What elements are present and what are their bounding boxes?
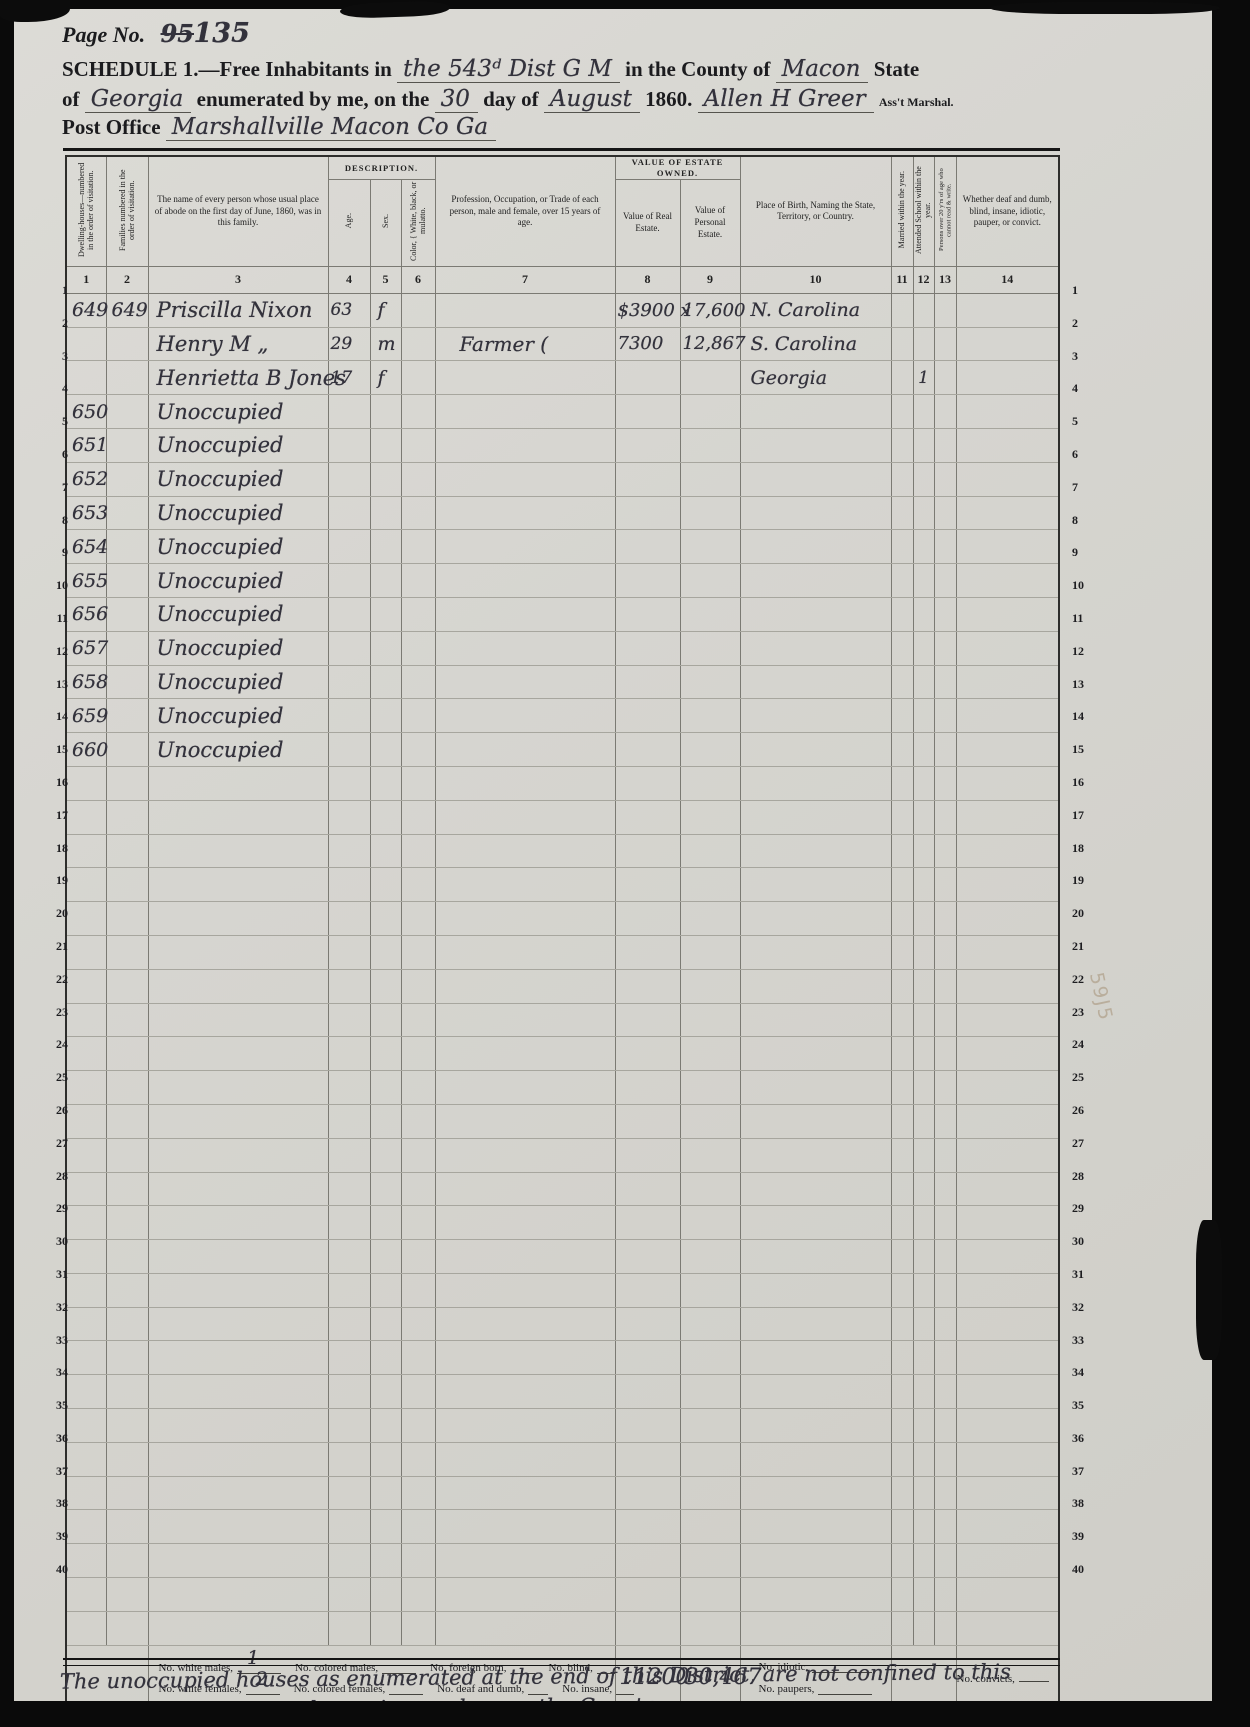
cell-r10-c10 [740,597,891,631]
county-value: Macon [776,56,869,83]
cell-r39-c6 [401,1578,435,1612]
cell-r39-c13 [934,1578,956,1612]
cell-r13-c2 [106,699,148,733]
cell-r2-c2 [106,327,148,361]
table-row: 656Unoccupied [66,597,1059,631]
cell-r13-c4 [328,699,370,733]
cell-r25-c7 [435,1104,615,1138]
cell-r19-c3 [148,902,328,936]
cell-r22-c8 [615,1003,680,1037]
table-row: Henrietta B Jones17fGeorgia1 [66,361,1059,395]
cell-r4-c4 [328,395,370,429]
cell-r22-c10 [740,1003,891,1037]
cell-r20-c7 [435,935,615,969]
cell-r20-c5 [370,935,401,969]
cell-r38-c13 [934,1544,956,1578]
row-number: 1 [1072,281,1102,314]
cell-r6-c4 [328,462,370,496]
cell-r25-c8 [615,1104,680,1138]
table-row: 651Unoccupied [66,428,1059,462]
cell-r35-c8 [615,1442,680,1476]
table-row [66,935,1059,969]
cell-r38-c12 [913,1544,934,1578]
cell-r4-c3: Unoccupied [148,395,328,429]
cell-r40-c12 [913,1611,934,1645]
cell-r39-c12 [913,1578,934,1612]
cell-r30-c8 [615,1273,680,1307]
cell-r35-c1 [66,1442,106,1476]
margin-left-rail: 1234567891011121314151617181920212223242… [38,281,68,1593]
cell-r3-c10: Georgia [740,361,891,395]
cell-r39-c11 [891,1578,913,1612]
cell-r33-c4 [328,1375,370,1409]
cell-r40-c6 [401,1611,435,1645]
cell-r30-c7 [435,1273,615,1307]
cell-r16-c9 [680,800,740,834]
census-table: Dwelling-houses—numbered in the order of… [65,155,1060,1712]
of-label: of [62,87,80,111]
cell-r23-c7 [435,1037,615,1071]
cell-r11-c8 [615,631,680,665]
cell-r16-c6 [401,800,435,834]
cell-r11-c10 [740,631,891,665]
row-number: 37 [1072,1462,1102,1495]
cell-r27-c12 [913,1172,934,1206]
cell-r35-c3 [148,1442,328,1476]
cell-r1-c14 [956,293,1059,327]
cell-r36-c14 [956,1476,1059,1510]
cell-r1-c6 [401,293,435,327]
cell-r14-c12 [913,733,934,767]
cell-r29-c9 [680,1240,740,1274]
column-number-11: 11 [891,266,913,293]
cell-r19-c7 [435,902,615,936]
cell-r35-c4 [328,1442,370,1476]
cell-r31-c2 [106,1307,148,1341]
col-header-real-estate-text: Value of Real Estate. [616,208,680,237]
cell-r32-c12 [913,1341,934,1375]
cell-r20-c10 [740,935,891,969]
cell-r15-c13 [934,766,956,800]
cell-r11-c14 [956,631,1059,665]
table-row [66,969,1059,1003]
cell-r9-c4 [328,564,370,598]
col-header-condition: Whether deaf and dumb, blind, insane, id… [956,156,1059,266]
cell-r26-c1 [66,1138,106,1172]
cell-r33-c5 [370,1375,401,1409]
cell-r15-c14 [956,766,1059,800]
cell-r32-c2 [106,1341,148,1375]
cell-r31-c13 [934,1307,956,1341]
cell-r1-c1: 649 [66,293,106,327]
table-head: Dwelling-houses—numbered in the order of… [66,156,1059,293]
col-header-school: Attended School within the year. [913,156,934,266]
cell-r18-c7 [435,868,615,902]
cell-r8-c5 [370,530,401,564]
cell-r7-c14 [956,496,1059,530]
row-number: 7 [1072,478,1102,511]
cell-r23-c12 [913,1037,934,1071]
cell-r25-c12 [913,1104,934,1138]
col-header-birthplace: Place of Birth, Naming the State, Territ… [740,156,891,266]
cell-r24-c13 [934,1071,956,1105]
cell-r24-c9 [680,1071,740,1105]
cell-r35-c2 [106,1442,148,1476]
cell-r39-c14 [956,1578,1059,1612]
cell-r17-c10 [740,834,891,868]
marshal-signature: Allen H Greer [698,86,874,113]
cell-r12-c2 [106,665,148,699]
county-label: in the County of [625,57,770,81]
cell-r7-c9 [680,496,740,530]
cell-r40-c13 [934,1611,956,1645]
cell-r30-c12 [913,1273,934,1307]
cell-r37-c6 [401,1510,435,1544]
cell-r5-c5 [370,428,401,462]
cell-r26-c2 [106,1138,148,1172]
cell-r22-c12 [913,1003,934,1037]
col-header-color-text: Color, { White, black, or mulatto. [409,180,427,262]
cell-r33-c9 [680,1375,740,1409]
cell-r26-c12 [913,1138,934,1172]
table-row [66,1442,1059,1476]
cell-r17-c9 [680,834,740,868]
cell-r24-c14 [956,1071,1059,1105]
row-number: 17 [1072,806,1102,839]
cell-r15-c12 [913,766,934,800]
cell-r8-c7 [435,530,615,564]
post-office-line: Post Office Marshallville Macon Co Ga [62,114,1182,140]
cell-r36-c13 [934,1476,956,1510]
marshal-title: Ass't Marshal. [879,95,954,109]
cell-r3-c13 [934,361,956,395]
scan-artifact [990,2,1220,14]
schedule-label: SCHEDULE 1.—Free Inhabitants in [62,57,392,81]
cell-r9-c7 [435,564,615,598]
cell-r21-c5 [370,969,401,1003]
cell-r38-c5 [370,1544,401,1578]
cell-r39-c8 [615,1578,680,1612]
cell-r27-c2 [106,1172,148,1206]
cell-r27-c9 [680,1172,740,1206]
cell-r24-c7 [435,1071,615,1105]
cell-r28-c14 [956,1206,1059,1240]
column-number-4: 4 [328,266,370,293]
cell-r29-c3 [148,1240,328,1274]
row-number: 26 [1072,1101,1102,1134]
cell-r16-c10 [740,800,891,834]
cell-r12-c11 [891,665,913,699]
row-number: 2 [38,314,68,347]
row-number: 12 [38,642,68,675]
cell-r33-c2 [106,1375,148,1409]
row-number: 32 [38,1298,68,1331]
cell-r36-c7 [435,1476,615,1510]
cell-r35-c12 [913,1442,934,1476]
cell-r9-c12 [913,564,934,598]
cell-r21-c7 [435,969,615,1003]
cell-r32-c10 [740,1341,891,1375]
cell-r24-c8 [615,1071,680,1105]
cell-r7-c7 [435,496,615,530]
col-header-cannot-read: Persons over 20 y'rs of age who cannot r… [934,156,956,266]
col-header-name: The name of every person whose usual pla… [148,156,328,266]
cell-r21-c13 [934,969,956,1003]
cell-r14-c10 [740,733,891,767]
cell-r35-c13 [934,1442,956,1476]
col-header-married-text: Married within the year. [897,171,906,248]
row-number: 13 [1072,675,1102,708]
cell-r35-c14 [956,1442,1059,1476]
table-row [66,1611,1059,1645]
cell-r18-c13 [934,868,956,902]
cell-r31-c7 [435,1307,615,1341]
cell-r12-c7 [435,665,615,699]
cell-r8-c9 [680,530,740,564]
col-header-personal-estate-text: Value of Personal Estate. [681,202,740,243]
cell-r27-c1 [66,1172,106,1206]
cell-r5-c7 [435,428,615,462]
cell-r2-c5: m [370,327,401,361]
day-value: 30 [435,86,478,113]
cell-r22-c3 [148,1003,328,1037]
cell-r8-c1: 654 [66,530,106,564]
cell-r12-c10 [740,665,891,699]
cell-r18-c9 [680,868,740,902]
cell-r38-c4 [328,1544,370,1578]
cell-r31-c6 [401,1307,435,1341]
cell-r4-c5 [370,395,401,429]
cell-r28-c4 [328,1206,370,1240]
table-row: 652Unoccupied [66,462,1059,496]
cell-r15-c11 [891,766,913,800]
cell-r26-c8 [615,1138,680,1172]
cell-r7-c11 [891,496,913,530]
cell-r17-c1 [66,834,106,868]
cell-r33-c6 [401,1375,435,1409]
cell-r19-c1 [66,902,106,936]
cell-r2-c8: 7300 [615,327,680,361]
page-no-struck: 95 [161,19,194,48]
cell-r11-c6 [401,631,435,665]
cell-r7-c10 [740,496,891,530]
cell-r18-c2 [106,868,148,902]
cell-r33-c8 [615,1375,680,1409]
cell-r40-c14 [956,1611,1059,1645]
cell-r12-c13 [934,665,956,699]
cell-r4-c8 [615,395,680,429]
cell-r34-c8 [615,1409,680,1443]
cell-r14-c4 [328,733,370,767]
cell-r25-c10 [740,1104,891,1138]
table-row [66,1071,1059,1105]
cell-r10-c11 [891,597,913,631]
cell-r29-c11 [891,1240,913,1274]
cell-r35-c7 [435,1442,615,1476]
cell-r6-c8 [615,462,680,496]
cell-r37-c4 [328,1510,370,1544]
row-number: 36 [1072,1429,1102,1462]
cell-r7-c13 [934,496,956,530]
census-rows: 649649Priscilla Nixon63f$3900 x17,600N. … [66,293,1059,1645]
cell-r39-c4 [328,1578,370,1612]
cell-r38-c7 [435,1544,615,1578]
cell-r25-c4 [328,1104,370,1138]
state-label: State [874,57,920,81]
cell-r27-c14 [956,1172,1059,1206]
cell-r28-c8 [615,1206,680,1240]
cell-r7-c6 [401,496,435,530]
cell-r13-c13 [934,699,956,733]
cell-r32-c8 [615,1341,680,1375]
cell-r21-c6 [401,969,435,1003]
cell-r31-c14 [956,1307,1059,1341]
cell-r6-c7 [435,462,615,496]
cell-r34-c13 [934,1409,956,1443]
cell-r13-c10 [740,699,891,733]
cell-r36-c1 [66,1476,106,1510]
page-no-value: 135 [194,18,250,49]
row-number: 23 [38,1003,68,1036]
cell-r12-c9 [680,665,740,699]
row-number: 28 [1072,1167,1102,1200]
table-row [66,766,1059,800]
cell-r15-c5 [370,766,401,800]
cell-r35-c10 [740,1442,891,1476]
row-number: 30 [1072,1232,1102,1265]
cell-r4-c2 [106,395,148,429]
cell-r18-c5 [370,868,401,902]
cell-r20-c4 [328,935,370,969]
cell-r12-c8 [615,665,680,699]
cell-r22-c13 [934,1003,956,1037]
cell-r12-c12 [913,665,934,699]
column-number-1: 1 [66,266,106,293]
cell-r33-c14 [956,1375,1059,1409]
scan-edge-left [0,0,14,1727]
cell-r21-c11 [891,969,913,1003]
cell-r32-c7 [435,1341,615,1375]
cell-r40-c11 [891,1611,913,1645]
cell-r2-c9: 12,867 [680,327,740,361]
table-row [66,1003,1059,1037]
row-number: 29 [1072,1199,1102,1232]
state-value: Georgia [85,86,192,113]
cell-r25-c2 [106,1104,148,1138]
cell-r27-c11 [891,1172,913,1206]
cell-r37-c1 [66,1510,106,1544]
col-header-married: Married within the year. [891,156,913,266]
cell-r33-c7 [435,1375,615,1409]
cell-r32-c6 [401,1341,435,1375]
cell-r2-c4: 29 [328,327,370,361]
cell-r4-c10 [740,395,891,429]
cell-r27-c4 [328,1172,370,1206]
cell-r29-c5 [370,1240,401,1274]
column-number-12: 12 [913,266,934,293]
cell-r40-c10 [740,1611,891,1645]
row-number: 31 [38,1265,68,1298]
table-row [66,1341,1059,1375]
col-header-name-text: The name of every person whose usual pla… [149,191,328,232]
cell-r38-c2 [106,1544,148,1578]
cell-r8-c3: Unoccupied [148,530,328,564]
cell-r3-c7 [435,361,615,395]
cell-r20-c9 [680,935,740,969]
column-number-6: 6 [401,266,435,293]
cell-r5-c6 [401,428,435,462]
cell-r27-c13 [934,1172,956,1206]
cell-r37-c7 [435,1510,615,1544]
cell-r13-c6 [401,699,435,733]
cell-r34-c3 [148,1409,328,1443]
post-office-label: Post Office [62,115,161,139]
group-header-description: Description. [328,156,435,180]
top-rule [63,148,1060,151]
cell-r23-c3 [148,1037,328,1071]
cell-r17-c2 [106,834,148,868]
group-header-estate: Value of Estate Owned. [615,156,740,180]
cell-r30-c6 [401,1273,435,1307]
cell-r23-c5 [370,1037,401,1071]
cell-r15-c6 [401,766,435,800]
column-number-row: 1234567891011121314 [66,266,1059,293]
scan-artifact [1196,1220,1222,1360]
cell-r19-c13 [934,902,956,936]
cell-r18-c11 [891,868,913,902]
cell-r32-c5 [370,1341,401,1375]
cell-r32-c1 [66,1341,106,1375]
table-row [66,1375,1059,1409]
row-number: 11 [38,609,68,642]
col-header-age: Age. [328,180,370,267]
table-row [66,1273,1059,1307]
cell-r20-c1 [66,935,106,969]
cell-r5-c14 [956,428,1059,462]
cell-r34-c14 [956,1409,1059,1443]
table-row [66,1476,1059,1510]
cell-r24-c11 [891,1071,913,1105]
col-header-sex-text: Sex. [381,214,390,228]
cell-r17-c6 [401,834,435,868]
table-row [66,1138,1059,1172]
cell-r2-c7: Farmer ( [435,327,615,361]
cell-r15-c8 [615,766,680,800]
cell-r31-c4 [328,1307,370,1341]
cell-r1-c4: 63 [328,293,370,327]
cell-r9-c2 [106,564,148,598]
page-number-line: Page No. 95 135 [62,18,1182,54]
row-number: 16 [1072,773,1102,806]
table-row: 649649Priscilla Nixon63f$3900 x17,600N. … [66,293,1059,327]
row-number: 29 [38,1199,68,1232]
cell-r16-c14 [956,800,1059,834]
cell-r29-c4 [328,1240,370,1274]
cell-r6-c3: Unoccupied [148,462,328,496]
cell-r28-c2 [106,1206,148,1240]
cell-r34-c10 [740,1409,891,1443]
cell-r23-c8 [615,1037,680,1071]
cell-r1-c8: $3900 x [615,293,680,327]
cell-r18-c6 [401,868,435,902]
row-number: 19 [38,871,68,904]
cell-r27-c3 [148,1172,328,1206]
cell-r36-c10 [740,1476,891,1510]
cell-r9-c5 [370,564,401,598]
cell-r23-c9 [680,1037,740,1071]
cell-r8-c14 [956,530,1059,564]
margin-right-rail: 1234567891011121314151617181920212223242… [1066,281,1102,1593]
